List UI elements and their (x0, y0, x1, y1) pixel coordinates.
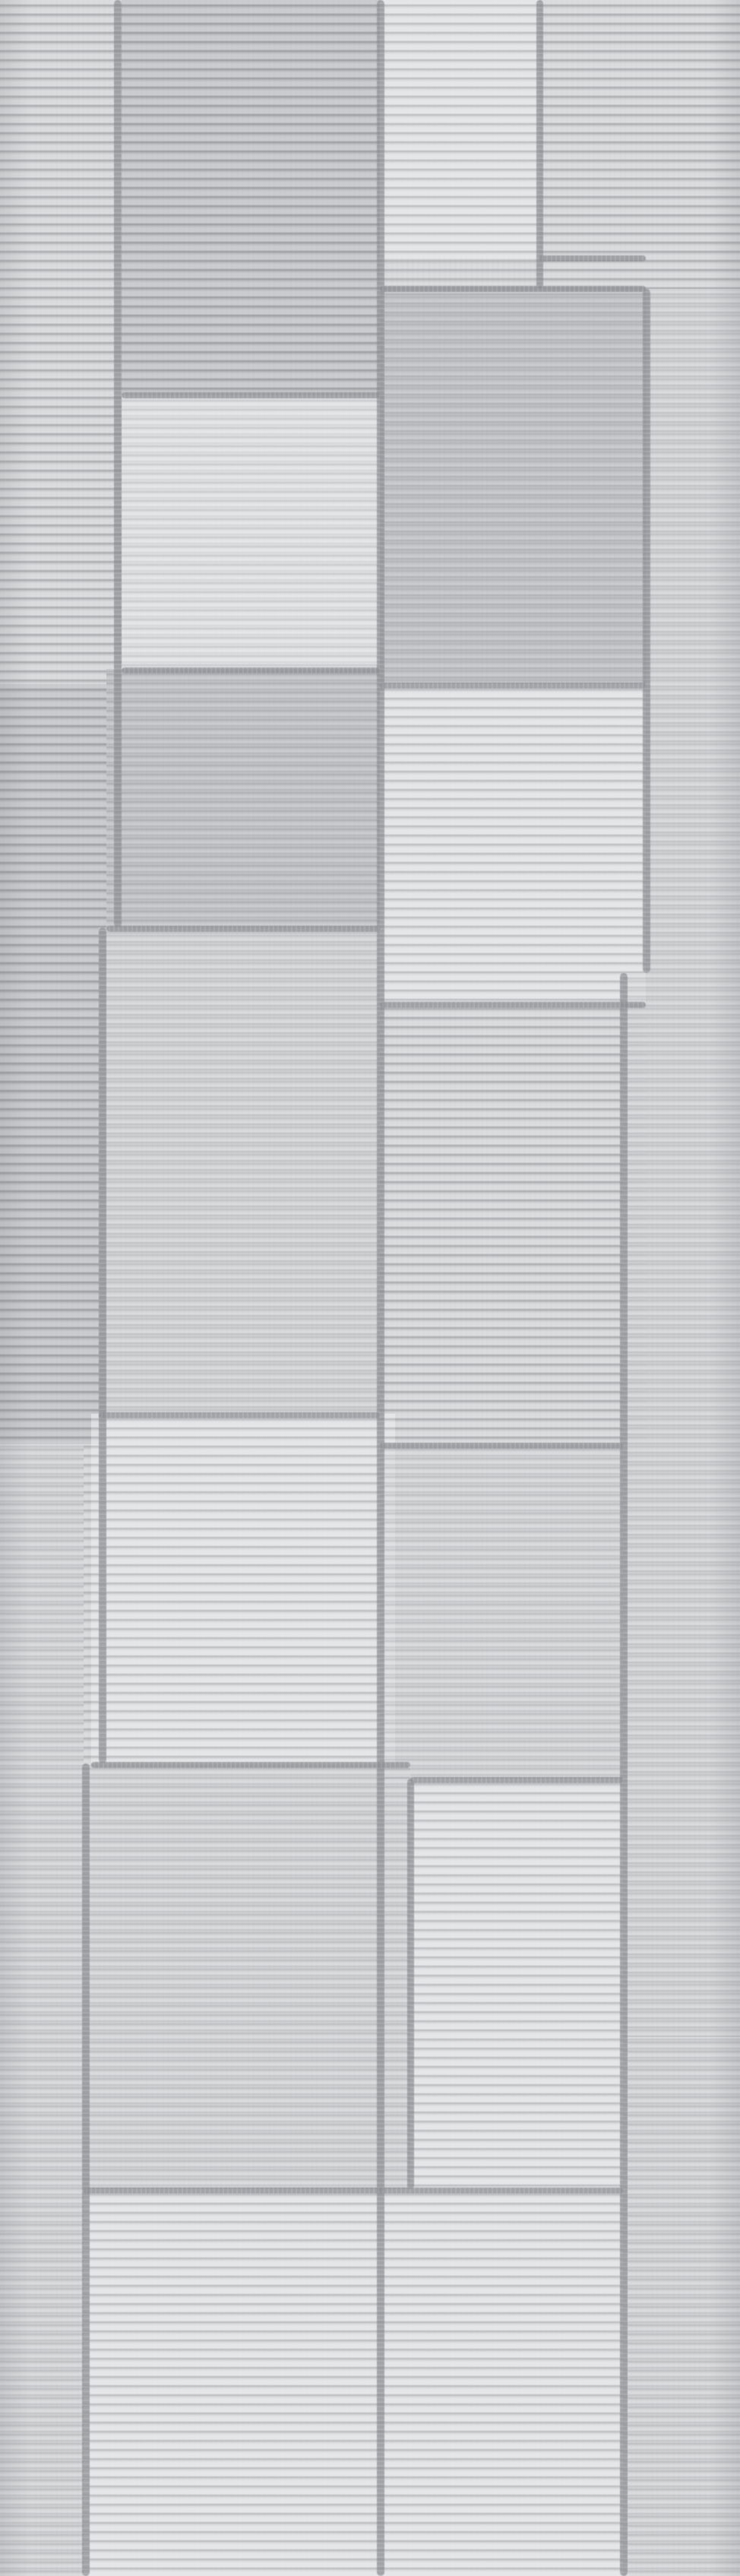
rug-block (84, 2189, 365, 2576)
rug-seam-horizontal (122, 667, 380, 673)
rug-seam-horizontal (380, 286, 646, 292)
rug-block (0, 0, 122, 684)
rug-block (539, 0, 740, 289)
rug-seam-horizontal (99, 1412, 380, 1418)
rug-block (122, 0, 380, 395)
rug-seam-horizontal (539, 255, 646, 261)
rug-block (623, 973, 740, 2037)
rug-block (91, 1414, 395, 1763)
rug-seam-horizontal (410, 1777, 623, 1783)
rug-block (623, 2037, 740, 2576)
rug-seam-horizontal (380, 1443, 623, 1449)
rug-block (380, 289, 646, 684)
rug-seam-horizontal (380, 1002, 646, 1008)
rug-seam-vertical (114, 0, 122, 927)
rug-seam-vertical (99, 927, 106, 1763)
rug-seam-vertical (407, 1779, 414, 2189)
rug-seam-horizontal (122, 392, 380, 398)
rug-seam-vertical (82, 1763, 90, 2576)
rug-seam-horizontal (380, 683, 646, 689)
rug-seam-vertical (536, 0, 543, 289)
rug-block (84, 1763, 410, 2189)
rug-seam-horizontal (91, 1762, 410, 1768)
rug-seam-vertical (620, 973, 628, 2576)
rug-block (646, 289, 740, 973)
rug-block (380, 684, 646, 1003)
rug-seam-horizontal (84, 2188, 623, 2194)
rug-photo (0, 0, 740, 2576)
rug-block (410, 1779, 623, 2189)
rug-block (0, 1444, 84, 2576)
rug-block (106, 669, 380, 927)
rug-seam-vertical (643, 289, 650, 973)
rug-block (122, 395, 380, 669)
rug-block (365, 2189, 623, 2576)
rug-block (380, 1003, 646, 1444)
rug-seam-horizontal (106, 926, 380, 932)
rug-block (380, 1444, 623, 1779)
rug-block (0, 684, 106, 1444)
rug-block (380, 0, 539, 258)
rug-block (99, 927, 380, 1414)
